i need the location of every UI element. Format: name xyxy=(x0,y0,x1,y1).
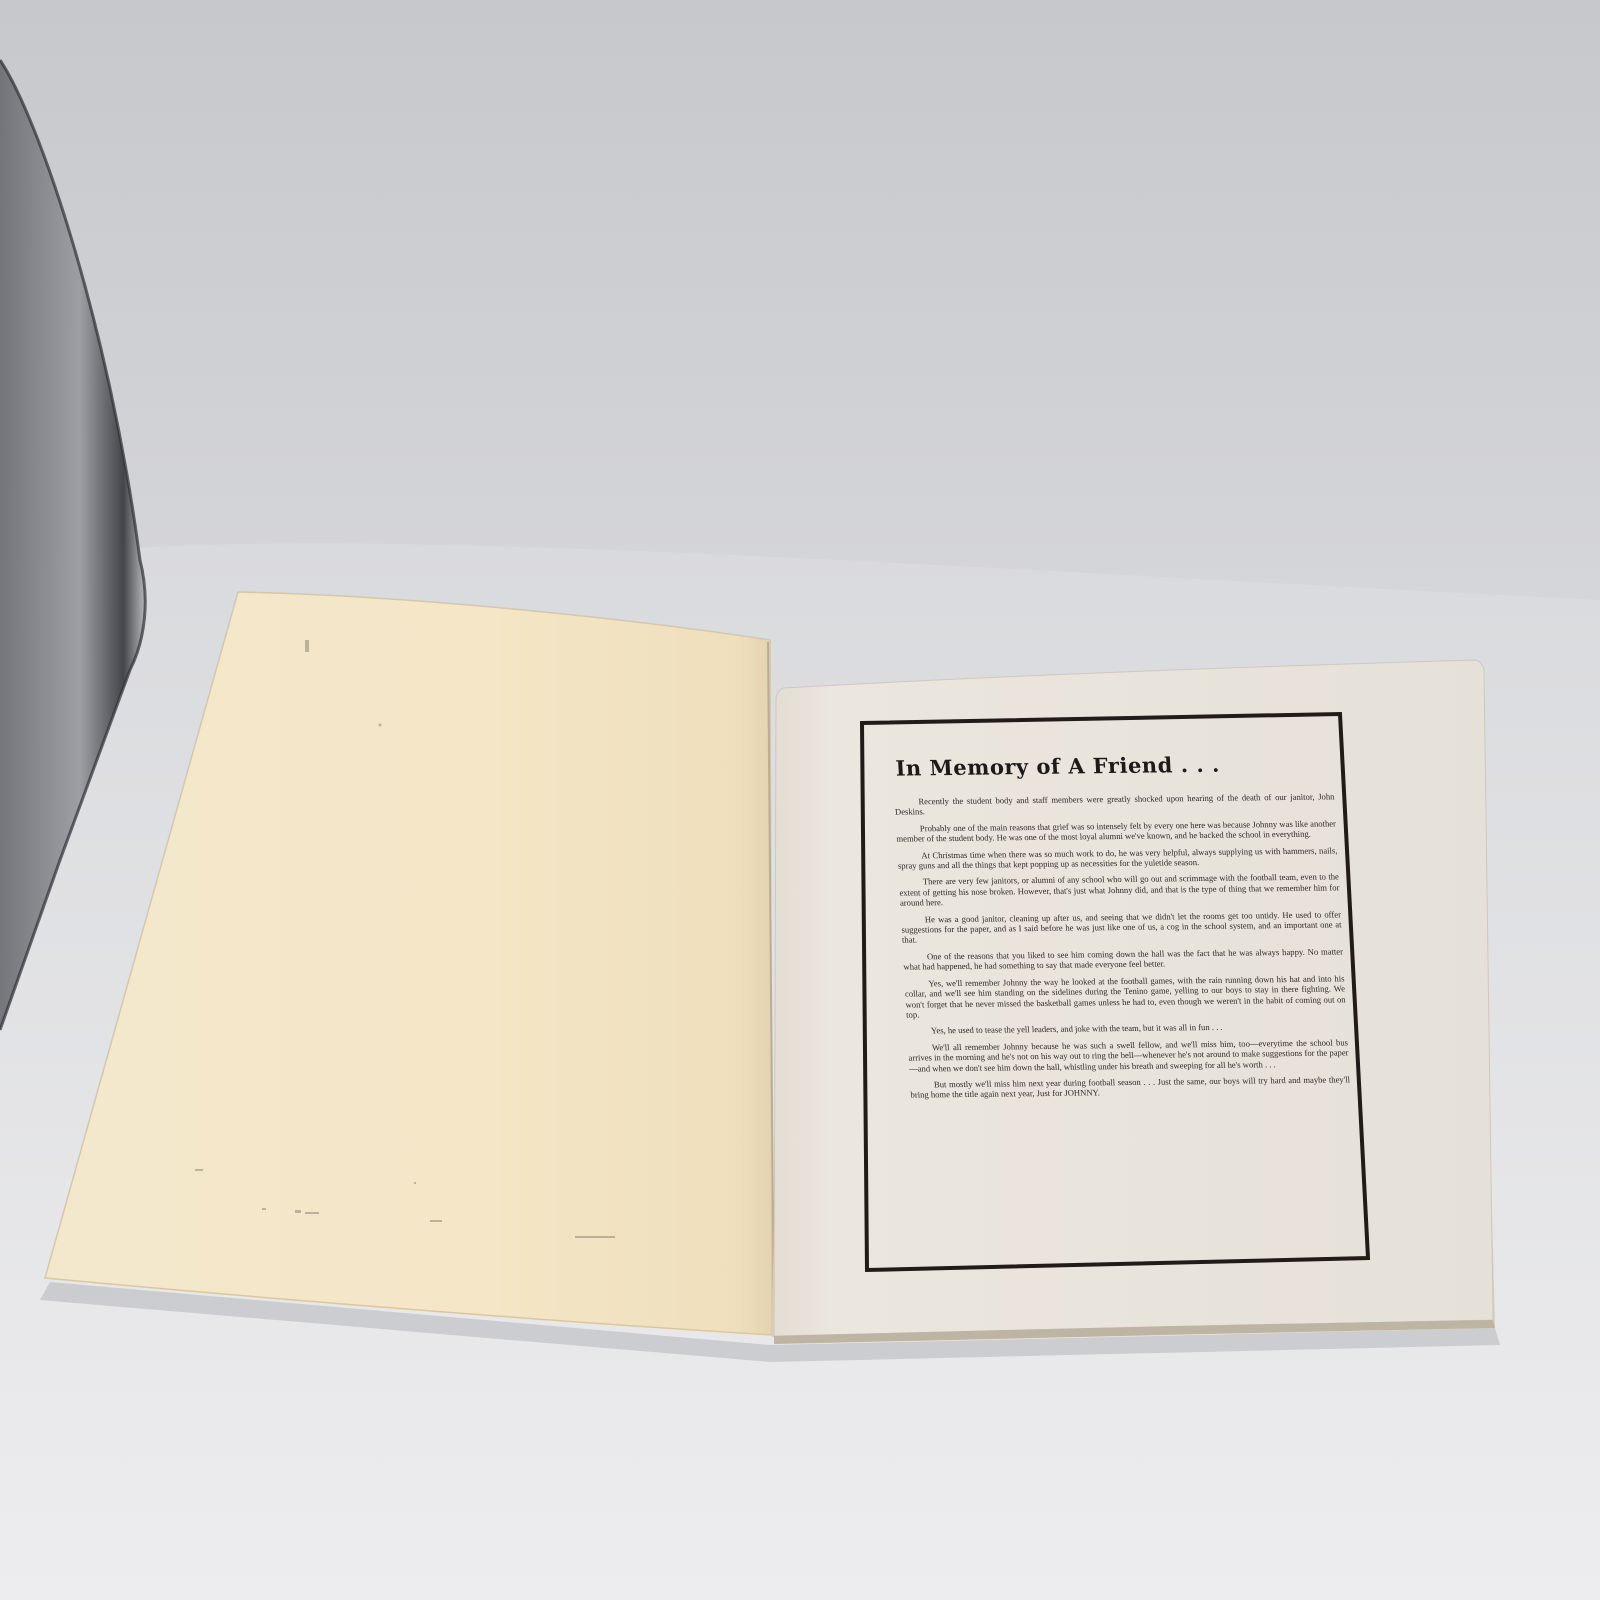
paragraph: At Christmas time when there was so much… xyxy=(897,845,1338,871)
paragraph: There are very few janitors, or alumni o… xyxy=(899,872,1341,908)
paragraph: One of the reasons that you liked to see… xyxy=(903,946,1344,972)
paragraph: He was a good janitor, cleaning up after… xyxy=(901,909,1343,945)
memorial-title: In Memory of A Friend . . . xyxy=(895,750,1333,780)
paragraph: Recently the student body and staff memb… xyxy=(894,791,1335,817)
memorial-text-block: In Memory of A Friend . . . Recently the… xyxy=(860,716,1390,1262)
paragraph: Probably one of the main reasons that gr… xyxy=(896,818,1337,844)
left-page xyxy=(45,592,772,1335)
paragraph: Yes, we'll remember Johnny the way he lo… xyxy=(904,973,1346,1020)
paragraph: We'll all remember Johnny because he was… xyxy=(908,1037,1350,1073)
paragraph: But mostly we'll miss him next year duri… xyxy=(910,1074,1351,1100)
paragraph: Yes, he used to tease the yell leaders, … xyxy=(907,1021,1348,1037)
